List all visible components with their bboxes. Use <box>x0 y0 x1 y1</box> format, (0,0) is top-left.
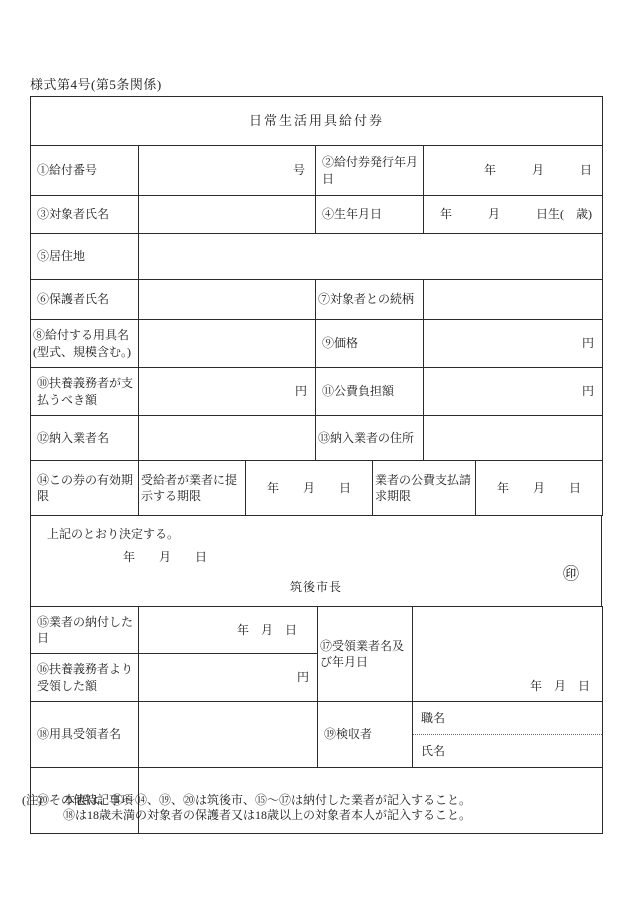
field-13-label: ⑬納入業者の住所 <box>316 416 424 461</box>
footnote-body: 本表は、①～⑭、⑲、⑳は筑後市、⑮～⑰は納付した業者が記入すること。 ⑱は18歳… <box>63 793 471 822</box>
field-06-label: ⑥保護者氏名 <box>31 280 139 320</box>
main-section: 日常生活用具給付券 ①給付番号 号 ②給付券発行年月日 年 月 日 ③対象者氏名… <box>30 96 603 461</box>
field-08-label: ⑧給付する用具名 (型式、規模含む。) <box>31 320 139 368</box>
row-supplier: ⑫納入業者名 ⑬納入業者の住所 <box>31 416 603 461</box>
grant-voucher-table: 日常生活用具給付券 ①給付番号 号 ②給付券発行年月日 年 月 日 ③対象者氏名… <box>30 96 602 834</box>
validity-section: ⑭この券の有効期限 受給者が業者に提示する期限 年 月 日 業者の公費支払請求期… <box>30 460 603 516</box>
footnote-line-1: 本表は、①～⑭、⑲、⑳は筑後市、⑮～⑰は納付した業者が記入すること。 <box>63 793 471 808</box>
footnote-prefix: (注) <box>22 793 63 822</box>
field-19-label: ⑲検収者 <box>318 702 413 768</box>
field-07-value-cell <box>424 280 603 320</box>
form-page: 様式第4号(第5条関係) 日常生活用具給付券 ①給付番号 号 ②給付券発行年月日… <box>0 0 630 903</box>
field-11-value-cell: 円 <box>424 368 603 416</box>
field-03-label: ③対象者氏名 <box>31 196 139 234</box>
form-number: 様式第4号(第5条関係) <box>30 74 162 93</box>
field-04-value-cell: 年 月 日生( 歳) <box>424 196 603 234</box>
seal-mark-icon: ㊞ <box>563 561 579 584</box>
form-title: 日常生活用具給付券 <box>31 97 603 146</box>
field-09-label: ⑨価格 <box>316 320 424 368</box>
row-recipient-name: ③対象者氏名 ④生年月日 年 月 日生( 歳) <box>31 196 603 234</box>
row-guardian: ⑥保護者氏名 ⑦対象者との続柄 <box>31 280 603 320</box>
row-equipment: ⑧給付する用具名 (型式、規模含む。) ⑨価格 円 <box>31 320 603 368</box>
field-03-value-cell <box>139 196 316 234</box>
field-17-date: 年 月 日 <box>530 678 590 694</box>
field-19-inspector-cell: 職名 氏名 <box>413 702 603 768</box>
supplier-section: ⑮業者の納付した日 年 月 日 ⑰受領業者名及び年月日 年 月 日 ⑯扶養義務者… <box>30 606 603 768</box>
field-13-value-cell <box>424 416 603 461</box>
field-14-recipient-date-cell: 年 月 日 <box>246 461 373 516</box>
title-row: 日常生活用具給付券 <box>31 97 603 146</box>
field-02-value-cell: 年 月 日 <box>424 146 603 196</box>
field-06-value-cell <box>139 280 316 320</box>
row-supplier-delivery-date: ⑮業者の納付した日 年 月 日 ⑰受領業者名及び年月日 年 月 日 <box>31 607 603 654</box>
footnote: (注) 本表は、①～⑭、⑲、⑳は筑後市、⑮～⑰は納付した業者が記入すること。 ⑱… <box>22 793 471 822</box>
row-equipment-receiver: ⑱用具受領者名 ⑲検収者 職名 氏名 <box>31 702 603 768</box>
field-01-value-cell: 号 <box>139 146 316 196</box>
row-address: ⑤居住地 <box>31 234 603 280</box>
decision-block: 上記のとおり決定する。 年 月 日 筑後市長 ㊞ <box>30 515 602 607</box>
footnote-line-2: ⑱は18歳未満の対象者の保護者又は18歳以上の対象者本人が記入すること。 <box>63 808 471 823</box>
field-10-label: ⑩扶養義務者が支払うべき額 <box>31 368 139 416</box>
field-16-label: ⑯扶養義務者より受領した額 <box>31 654 139 702</box>
field-17-value-cell: 年 月 日 <box>413 607 603 702</box>
decision-date: 年 月 日 <box>31 542 601 565</box>
field-08-value-cell <box>139 320 316 368</box>
inspector-name-label: 氏名 <box>413 734 602 767</box>
inspector-job-title-label: 職名 <box>413 702 602 734</box>
field-14-sublabel-recipient-deadline: 受給者が業者に提示する期限 <box>139 461 246 516</box>
field-07-label: ⑦対象者との続柄 <box>316 280 424 320</box>
field-10-value-cell: 円 <box>139 368 316 416</box>
field-05-value-cell <box>139 234 603 280</box>
mayor-title: 筑後市長 <box>31 578 601 595</box>
field-05-label: ⑤居住地 <box>31 234 139 280</box>
field-18-value-cell <box>139 702 318 768</box>
field-14-sublabel-supplier-deadline: 業者の公費支払請求期限 <box>373 461 476 516</box>
field-04-label: ④生年月日 <box>316 196 424 234</box>
field-11-label: ⑪公費負担額 <box>316 368 424 416</box>
field-14-label: ⑭この券の有効期限 <box>31 461 139 516</box>
row-dependent-amount: ⑩扶養義務者が支払うべき額 円 ⑪公費負担額 円 <box>31 368 603 416</box>
field-18-label: ⑱用具受領者名 <box>31 702 139 768</box>
field-01-label: ①給付番号 <box>31 146 139 196</box>
field-09-value-cell: 円 <box>424 320 603 368</box>
field-17-label: ⑰受領業者名及び年月日 <box>318 607 413 702</box>
field-12-label: ⑫納入業者名 <box>31 416 139 461</box>
field-02-label: ②給付券発行年月日 <box>316 146 424 196</box>
field-16-value-cell: 円 <box>139 654 318 702</box>
decision-statement: 上記のとおり決定する。 <box>31 516 601 542</box>
field-12-value-cell <box>139 416 316 461</box>
row-grant-number: ①給付番号 号 ②給付券発行年月日 年 月 日 <box>31 146 603 196</box>
field-15-value-cell: 年 月 日 <box>139 607 318 654</box>
row-validity: ⑭この券の有効期限 受給者が業者に提示する期限 年 月 日 業者の公費支払請求期… <box>31 461 603 516</box>
field-14-supplier-date-cell: 年 月 日 <box>476 461 603 516</box>
field-15-label: ⑮業者の納付した日 <box>31 607 139 654</box>
